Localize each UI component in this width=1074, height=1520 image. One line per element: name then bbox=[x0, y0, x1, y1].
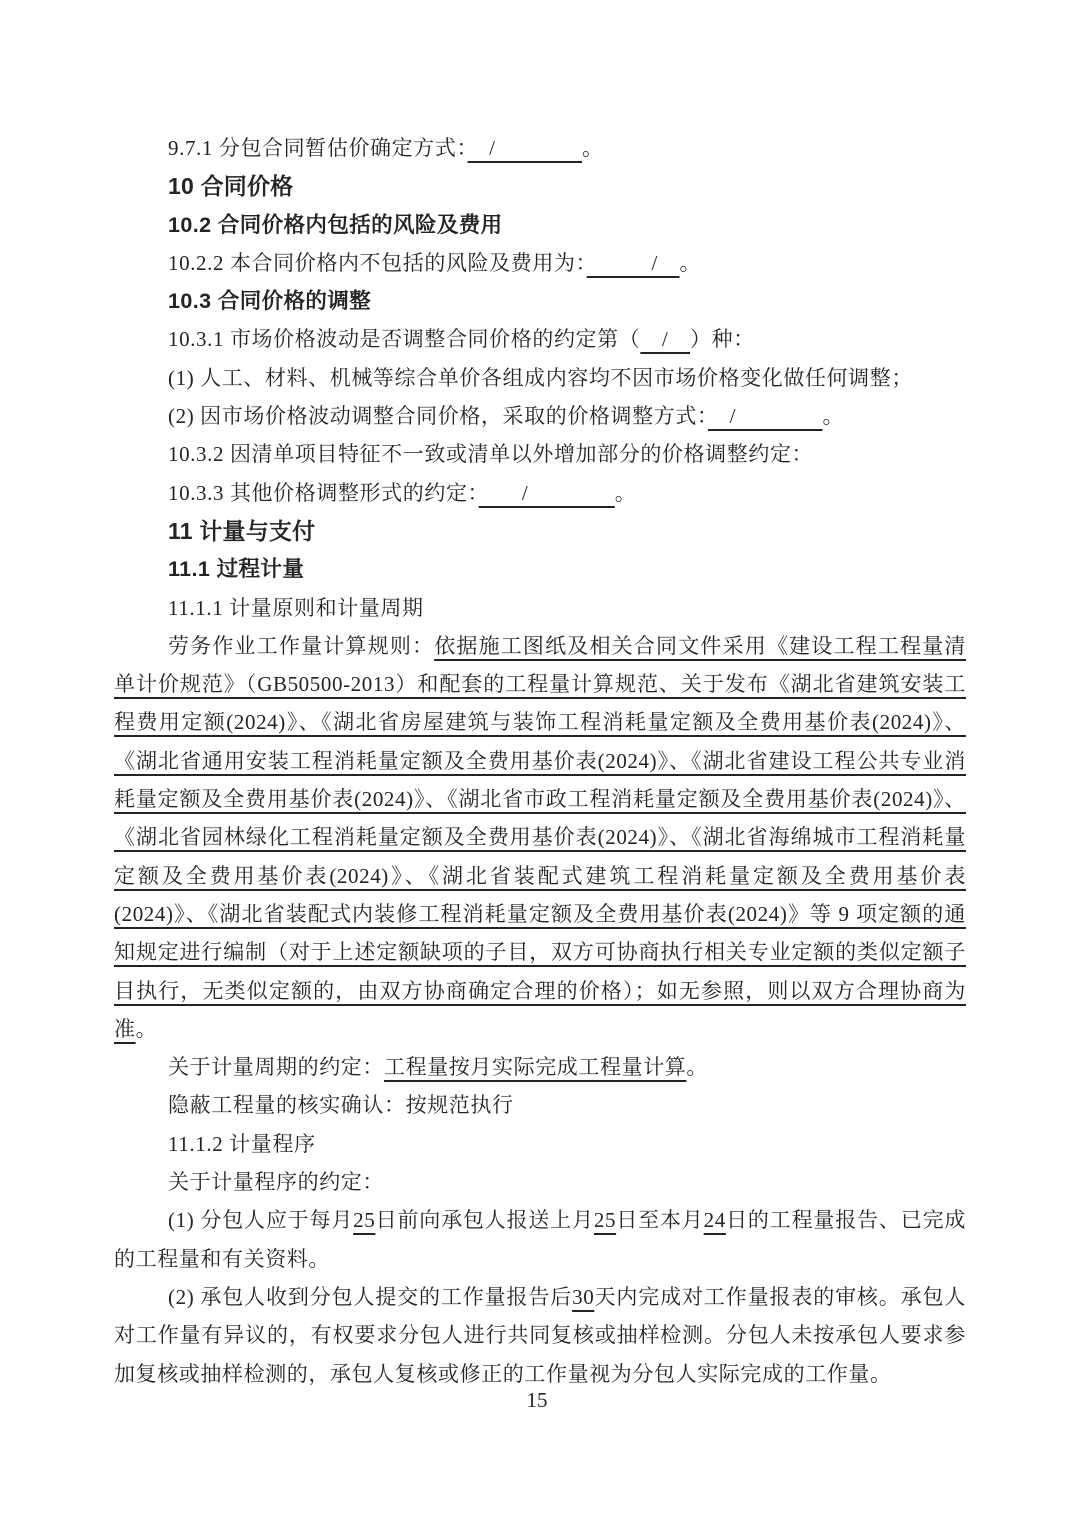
heading-11: 11 计量与支付 bbox=[114, 512, 966, 550]
clause-10-3-1: 10.3.1 市场价格波动是否调整合同价格的约定第（ / ）种： bbox=[114, 320, 966, 358]
text-run: 11.1.2 计量程序 bbox=[168, 1132, 316, 1156]
document-page: 9.7.1 分包合同暂估价确定方式： / 。10 合同价格10.2 合同价格内包… bbox=[0, 0, 1074, 1520]
text-run: (1) 人工、材料、机械等综合单价各组成内容均不因市场价格变化做任何调整； bbox=[168, 366, 913, 390]
text-run: 。 bbox=[822, 404, 844, 428]
underlined-text: / bbox=[468, 136, 582, 160]
para-hidden-work-confirmation: 隐蔽工程量的核实确认：按规范执行 bbox=[114, 1086, 966, 1124]
heading-11-1: 11.1 过程计量 bbox=[114, 550, 966, 588]
text-run: 11.1.1 计量原则和计量周期 bbox=[168, 596, 424, 620]
heading-10-3: 10.3 合同价格的调整 bbox=[114, 282, 966, 320]
heading-10: 10 合同价格 bbox=[114, 167, 966, 205]
text-run: (2) 因市场价格波动调整合同价格，采取的价格调整方式： bbox=[168, 404, 708, 428]
underlined-text: 30 bbox=[572, 1285, 594, 1309]
text-run: 。 bbox=[615, 481, 637, 505]
text-run: 。 bbox=[582, 136, 604, 160]
underlined-text: 25 bbox=[353, 1208, 375, 1232]
text-run: 。 bbox=[136, 1017, 158, 1041]
underlined-text: 工程量按月实际完成工程量计算 bbox=[384, 1055, 686, 1079]
clause-9-7-1: 9.7.1 分包合同暂估价确定方式： / 。 bbox=[114, 129, 966, 167]
clause-11-1-2: 11.1.2 计量程序 bbox=[114, 1125, 966, 1163]
text-run: 劳务作业工作量计算规则： bbox=[168, 634, 434, 658]
text-run: 关于计量周期的约定： bbox=[168, 1055, 384, 1079]
text-run: 隐蔽工程量的核实确认：按规范执行 bbox=[168, 1093, 514, 1117]
underlined-text: / bbox=[587, 251, 680, 275]
text-run: ）种： bbox=[690, 327, 755, 351]
text-run: (2) 承包人收到分包人提交的工作量报告后 bbox=[168, 1285, 572, 1309]
document-content: 9.7.1 分包合同暂估价确定方式： / 。10 合同价格10.2 合同价格内包… bbox=[114, 129, 966, 1393]
text-run: 10.3.2 因清单项目特征不一致或清单以外增加部分的价格调整约定： bbox=[168, 442, 813, 466]
clause-10-3-1-item-2: (2) 因市场价格波动调整合同价格，采取的价格调整方式： / 。 bbox=[114, 397, 966, 435]
underlined-text: 24 bbox=[704, 1208, 726, 1232]
text-run: 10.3.3 其他价格调整形式的约定： bbox=[168, 481, 479, 505]
text-run: (1) 分包人应于每月 bbox=[168, 1208, 353, 1232]
clause-11-1-1: 11.1.1 计量原则和计量周期 bbox=[114, 589, 966, 627]
text-run: 关于计量程序的约定： bbox=[168, 1170, 384, 1194]
text-run: 日前向承包人报送上月 bbox=[375, 1208, 594, 1232]
para-measurement-period: 关于计量周期的约定：工程量按月实际完成工程量计算。 bbox=[114, 1048, 966, 1086]
clause-10-3-1-item-1: (1) 人工、材料、机械等综合单价各组成内容均不因市场价格变化做任何调整； bbox=[114, 359, 966, 397]
clause-10-3-2: 10.3.2 因清单项目特征不一致或清单以外增加部分的价格调整约定： bbox=[114, 435, 966, 473]
underlined-text: 依据施工图纸及相关合同文件采用《建设工程工程量清单计价规范》（GB50500-2… bbox=[114, 634, 966, 1041]
text-run: 10.3.1 市场价格波动是否调整合同价格的约定第（ bbox=[168, 327, 640, 351]
underlined-text: / bbox=[640, 327, 690, 351]
text-run: 9.7.1 分包合同暂估价确定方式： bbox=[168, 136, 468, 160]
para-procedure-item-2: (2) 承包人收到分包人提交的工作量报告后30天内完成对工作量报表的审核。承包人… bbox=[114, 1278, 966, 1393]
text-run: 10.2.2 本合同价格内不包括的风险及费用为： bbox=[168, 251, 587, 275]
para-procedure-item-1: (1) 分包人应于每月25日前向承包人报送上月25日至本月24日的工程量报告、已… bbox=[114, 1201, 966, 1278]
para-measurement-rules: 劳务作业工作量计算规则：依据施工图纸及相关合同文件采用《建设工程工程量清单计价规… bbox=[114, 627, 966, 1048]
text-run: 。 bbox=[680, 251, 702, 275]
text-run: 。 bbox=[686, 1055, 708, 1079]
para-measurement-procedure: 关于计量程序的约定： bbox=[114, 1163, 966, 1201]
underlined-text: / bbox=[479, 481, 615, 505]
page-number: 15 bbox=[0, 1388, 1074, 1413]
text-run: 日至本月 bbox=[616, 1208, 704, 1232]
underlined-text: / bbox=[708, 404, 822, 428]
clause-10-2-2: 10.2.2 本合同价格内不包括的风险及费用为： / 。 bbox=[114, 244, 966, 282]
underlined-text: 25 bbox=[594, 1208, 616, 1232]
heading-10-2: 10.2 合同价格内包括的风险及费用 bbox=[114, 206, 966, 244]
clause-10-3-3: 10.3.3 其他价格调整形式的约定： / 。 bbox=[114, 474, 966, 512]
